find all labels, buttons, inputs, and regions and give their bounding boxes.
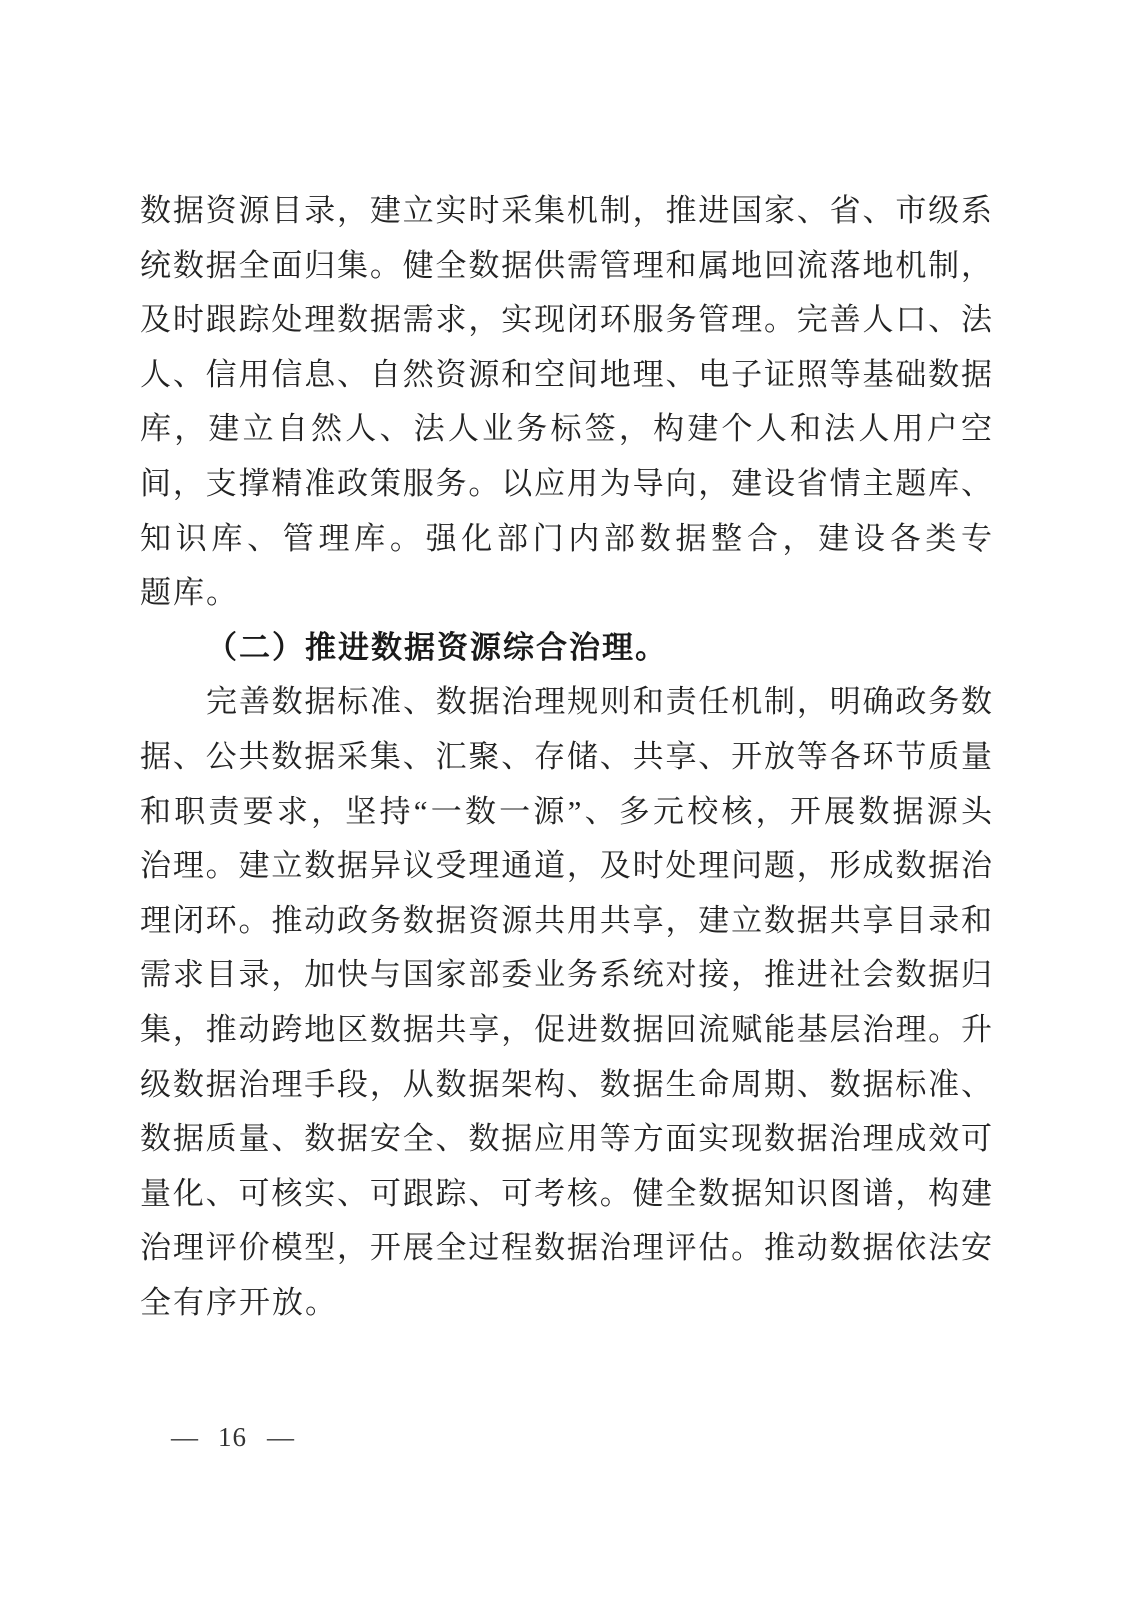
text-line: 量化、可核实、可跟踪、可考核。健全数据知识图谱，构建 — [140, 1167, 992, 1222]
text-line: 数据质量、数据安全、数据应用等方面实现数据治理成效可 — [140, 1112, 992, 1167]
text-line: 全有序开放。 — [140, 1276, 992, 1331]
paragraph-body: 完善数据标准、数据治理规则和责任机制，明确政务数据、公共数据采集、汇聚、存储、共… — [140, 675, 992, 1330]
paragraph-continued: 数据资源目录，建立实时采集机制，推进国家、省、市级系统数据全面归集。健全数据供需… — [140, 184, 992, 621]
page-number: 16 — [218, 1422, 247, 1453]
document-page: 数据资源目录，建立实时采集机制，推进国家、省、市级系统数据全面归集。健全数据供需… — [0, 0, 1131, 1600]
text-line: 理闭环。推动政务数据资源共用共享，建立数据共享目录和 — [140, 894, 992, 949]
text-line: 题库。 — [140, 566, 992, 621]
text-line: 统数据全面归集。健全数据供需管理和属地回流落地机制， — [140, 239, 992, 294]
footer-dash-right: — — [267, 1422, 294, 1453]
text-line: 级数据治理手段，从数据架构、数据生命周期、数据标准、 — [140, 1058, 992, 1113]
footer-dash-left: — — [171, 1422, 198, 1453]
page-footer: — 16 — — [171, 1422, 294, 1453]
text-line: 知识库、管理库。强化部门内部数据整合，建设各类专 — [140, 512, 992, 567]
text-line: 需求目录，加快与国家部委业务系统对接，推进社会数据归 — [140, 948, 992, 1003]
text-line: 数据资源目录，建立实时采集机制，推进国家、省、市级系 — [140, 184, 992, 239]
text-block: 数据资源目录，建立实时采集机制，推进国家、省、市级系统数据全面归集。健全数据供需… — [140, 184, 992, 1330]
text-line: 间，支撑精准政策服务。以应用为导向，建设省情主题库、 — [140, 457, 992, 512]
section-heading: （二）推进数据资源综合治理。 — [140, 621, 992, 676]
text-line: 库，建立自然人、法人业务标签，构建个人和法人用户空 — [140, 402, 992, 457]
text-line: 集，推动跨地区数据共享，促进数据回流赋能基层治理。升 — [140, 1003, 992, 1058]
text-line: 治理。建立数据异议受理通道，及时处理问题，形成数据治 — [140, 839, 992, 894]
text-line: 人、信用信息、自然资源和空间地理、电子证照等基础数据 — [140, 348, 992, 403]
text-line: 完善数据标准、数据治理规则和责任机制，明确政务数 — [140, 675, 992, 730]
text-line: 治理评价模型，开展全过程数据治理评估。推动数据依法安 — [140, 1221, 992, 1276]
text-line: 和职责要求，坚持“一数一源”、多元校核，开展数据源头 — [140, 785, 992, 840]
text-line: 据、公共数据采集、汇聚、存储、共享、开放等各环节质量 — [140, 730, 992, 785]
text-line: 及时跟踪处理数据需求，实现闭环服务管理。完善人口、法 — [140, 293, 992, 348]
